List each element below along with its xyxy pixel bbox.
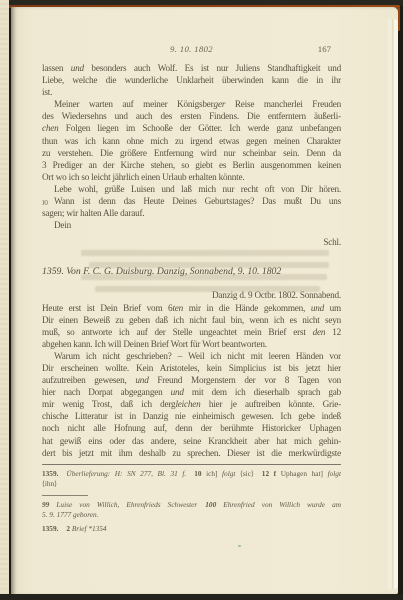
text-segment: Freund Morgenstern der vor 8 Tagen von [149, 375, 341, 385]
text-segment: hier nach Dorpat abgegangen [42, 387, 171, 397]
text-segment: sagen; wir halten Alle darauf. [42, 208, 144, 218]
text-segment: 1359. [42, 469, 58, 478]
text-line: ist. [42, 86, 341, 98]
book-cover-bottom-band [0, 594, 403, 600]
text-line: hat gewiß eins oder das andere, seine Kr… [42, 435, 341, 447]
text-segment: Meiner warten auf meiner Königsber [54, 99, 214, 109]
text-segment: ich] [201, 469, 222, 478]
text-segment: mit dem ich dieserhalb sprach gab [184, 387, 341, 397]
text-segment: mir wenig Trost, daß ich derg [42, 399, 175, 409]
running-header: 9. 10. 1802 167 [42, 44, 341, 62]
page-fore-edge [386, 19, 398, 589]
text-line: Schl. [42, 236, 341, 248]
text-segment: des Wiedersehns und auch des ersten Find… [42, 111, 341, 121]
text-segment: Lebe wohl, grüße Luisen und laß mich nur… [54, 184, 341, 194]
text-segment: ⟨sic⟩ [235, 469, 253, 478]
facing-page-edge [0, 0, 9, 600]
text-segment: und [135, 375, 148, 385]
apparatus-line: 99 Luise von Willich, Ehrenfrieds Schwes… [42, 500, 341, 510]
footnote-divider [42, 495, 88, 496]
text-segment: zu verstehen. Die größere Entfernung wir… [42, 148, 341, 158]
text-line: 90Liebe, welche die wunderliche Unklarhe… [42, 74, 341, 86]
text-segment: aufzutreiben gewesen, [42, 375, 135, 385]
text-line: sagen; wir halten Alle darauf. [42, 207, 341, 219]
text-segment: 12 [325, 327, 341, 337]
text-line: Heute erst ist Dein Brief vom 6ten mir i… [42, 302, 341, 314]
text-segment: mir in die Hände gekommen, [183, 303, 311, 313]
text-segment: ⟨ihn⟩ [42, 479, 57, 488]
text-segment: Warum ich nicht geschrieben? – Weil ich … [54, 351, 341, 361]
spacer [42, 248, 341, 265]
text-segment: folgt [222, 469, 235, 478]
text-segment: chische Litteratur ist in Danzig nie ein… [42, 411, 341, 421]
text-segment: Danzig d. 9 Octbr. 1802. Sonnabend. [212, 290, 341, 300]
text-line: 3 Prediger an der Kirche stehen, so gieb… [42, 159, 341, 171]
text-line: Dir einen Beweiß zu geben daß ich nicht … [42, 314, 341, 326]
spacer [42, 278, 341, 289]
text-line: Lebe wohl, grüße Luisen und laß mich nur… [42, 183, 341, 195]
page-speck [238, 545, 241, 547]
text-segment: Ort wo ich so leicht jährlich einen Urla… [42, 172, 245, 182]
text-segment: noch nicht alle Hofnung auf, denn der be… [42, 423, 341, 433]
text-segment: besonders auch Wolf. Es ist nur Juliens … [84, 63, 341, 73]
text-segment: ist. [42, 87, 52, 97]
text-segment: ten [172, 303, 183, 313]
text-line: 100Wann ist denn das Heute Deines Geburt… [42, 195, 341, 207]
text-segment: Brief *1354 [72, 524, 107, 533]
text-line: Meiner warten auf meiner Königsberger Re… [42, 98, 341, 110]
text-segment: lassen [42, 63, 71, 73]
text-lines: lassen und besonders auch Wolf. Es ist n… [42, 62, 341, 535]
text-segment: Dir einen Beweiß zu geben daß ich nicht … [42, 315, 341, 325]
text-segment: 100 [205, 500, 216, 509]
text-segment: chen [42, 123, 59, 133]
text-line: chen Folgen liegen im Schooße der Götter… [42, 122, 341, 134]
text-segment: folgt [328, 469, 341, 478]
text-segment: muß, so antworte ich auf der Stelle unge… [42, 327, 313, 337]
text-line: 5abgehen kann. Ich will Deinen Brief Wor… [42, 338, 341, 350]
page-number: 167 [318, 44, 331, 54]
text-line: Dir erscheinen wollte. Kein Aristoteles,… [42, 362, 341, 374]
text-segment: 1359. [42, 524, 58, 533]
running-header-date: 9. 10. 1802 [42, 44, 341, 54]
text-segment: leichen [175, 399, 200, 409]
text-segment: Heute erst ist Dein Brief vom 6 [42, 303, 172, 313]
text-segment: Reise mancherlei Freuden [225, 99, 341, 109]
scanned-book-photo: { "header": { "date": "9. 10. 1802", "pa… [0, 0, 403, 600]
text-segment: um [324, 303, 341, 313]
text-segment: 3 Prediger an der Kirche stehen, so gieb… [42, 160, 341, 170]
text-line: aufzutreiben gewesen, und Freund Morgens… [42, 374, 341, 386]
text-segment: und [171, 387, 184, 397]
text-segment: hier je auftreiben könnte. Grie- [201, 399, 341, 409]
text-segment: 1359. Von F. C. G. Duisburg. Danzig, Son… [42, 266, 281, 277]
book-page: 9. 10. 1802 167 lassen und besonders auc… [11, 7, 398, 595]
text-segment: thun was ich kann ohne mich zu irgend et… [42, 136, 341, 146]
apparatus-line: 5. 9. 1777 geboren. [42, 510, 341, 520]
text-line: des Wiedersehns und auch des ersten Find… [42, 110, 341, 122]
text-line: 95thun was ich kann ohne mich zu irgend … [42, 135, 341, 147]
text-line: lassen und besonders auch Wolf. Es ist n… [42, 62, 341, 74]
text-line: chische Litteratur ist in Danzig nie ein… [42, 410, 341, 422]
text-segment: 12 f [262, 469, 276, 478]
apparatus-line: 1359.Überlieferung: H: SN 277, Bl. 31 f.… [42, 469, 341, 479]
text-segment: Luise von Willich, Ehrenfrieds Schwester [56, 500, 197, 509]
text-line: Dein [42, 219, 341, 231]
text-line: Danzig d. 9 Octbr. 1802. Sonnabend. [42, 289, 341, 301]
text-segment: Wann ist denn das Heute Deines Geburtsta… [54, 196, 341, 206]
text-segment: Ehrenfried von Willich wurde am [223, 500, 341, 509]
text-line: Warum ich nicht geschrieben? – Weil ich … [42, 350, 341, 362]
text-block: 9. 10. 1802 167 lassen und besonders auc… [42, 44, 341, 535]
text-line: dert bis jetzt mit ihm deshalb zu sprech… [42, 447, 341, 459]
text-line: hier nach Dorpat abgegangen und mit dem … [42, 386, 341, 398]
text-line: zu verstehen. Die größere Entfernung wir… [42, 147, 341, 159]
text-segment: hat gewiß eins oder das andere, seine Kr… [42, 436, 341, 446]
letter-heading: 1359. Von F. C. G. Duisburg. Danzig, Son… [42, 265, 341, 278]
text-segment: Uphagen hat] [276, 469, 327, 478]
text-segment: Schl. [323, 237, 341, 247]
text-segment: 5. 9. 1777 geboren. [42, 510, 98, 519]
text-segment: Dir erscheinen wollte. Kein Aristoteles,… [42, 363, 341, 373]
apparatus-divider [42, 464, 341, 465]
text-segment: Dein [54, 220, 71, 230]
text-segment: Liebe, welche die wunderliche Unklarheit… [42, 75, 341, 85]
text-segment: und [311, 303, 324, 313]
apparatus-line: 1359.2 Brief *1354 [42, 524, 341, 534]
text-segment: Überlieferung: H: SN 277, Bl. 31 f. [66, 469, 186, 478]
apparatus-line: ⟨ihn⟩ [42, 479, 341, 489]
text-segment: ger [214, 99, 226, 109]
text-line: muß, so antworte ich auf der Stelle unge… [42, 326, 341, 338]
text-line: 10mir wenig Trost, daß ich dergleichen h… [42, 398, 341, 410]
text-segment: und [71, 63, 84, 73]
text-line: noch nicht alle Hofnung auf, denn der be… [42, 422, 341, 434]
text-segment: dert bis jetzt mit ihm deshalb zu sprech… [42, 448, 341, 458]
text-segment: Folgen liegen im Schooße der Götter. Ich… [59, 123, 341, 133]
text-line: Ort wo ich so leicht jährlich einen Urla… [42, 171, 341, 183]
text-segment: den [313, 327, 326, 337]
text-segment: abgehen kann. Ich will Deinen Brief Wort… [42, 339, 267, 349]
